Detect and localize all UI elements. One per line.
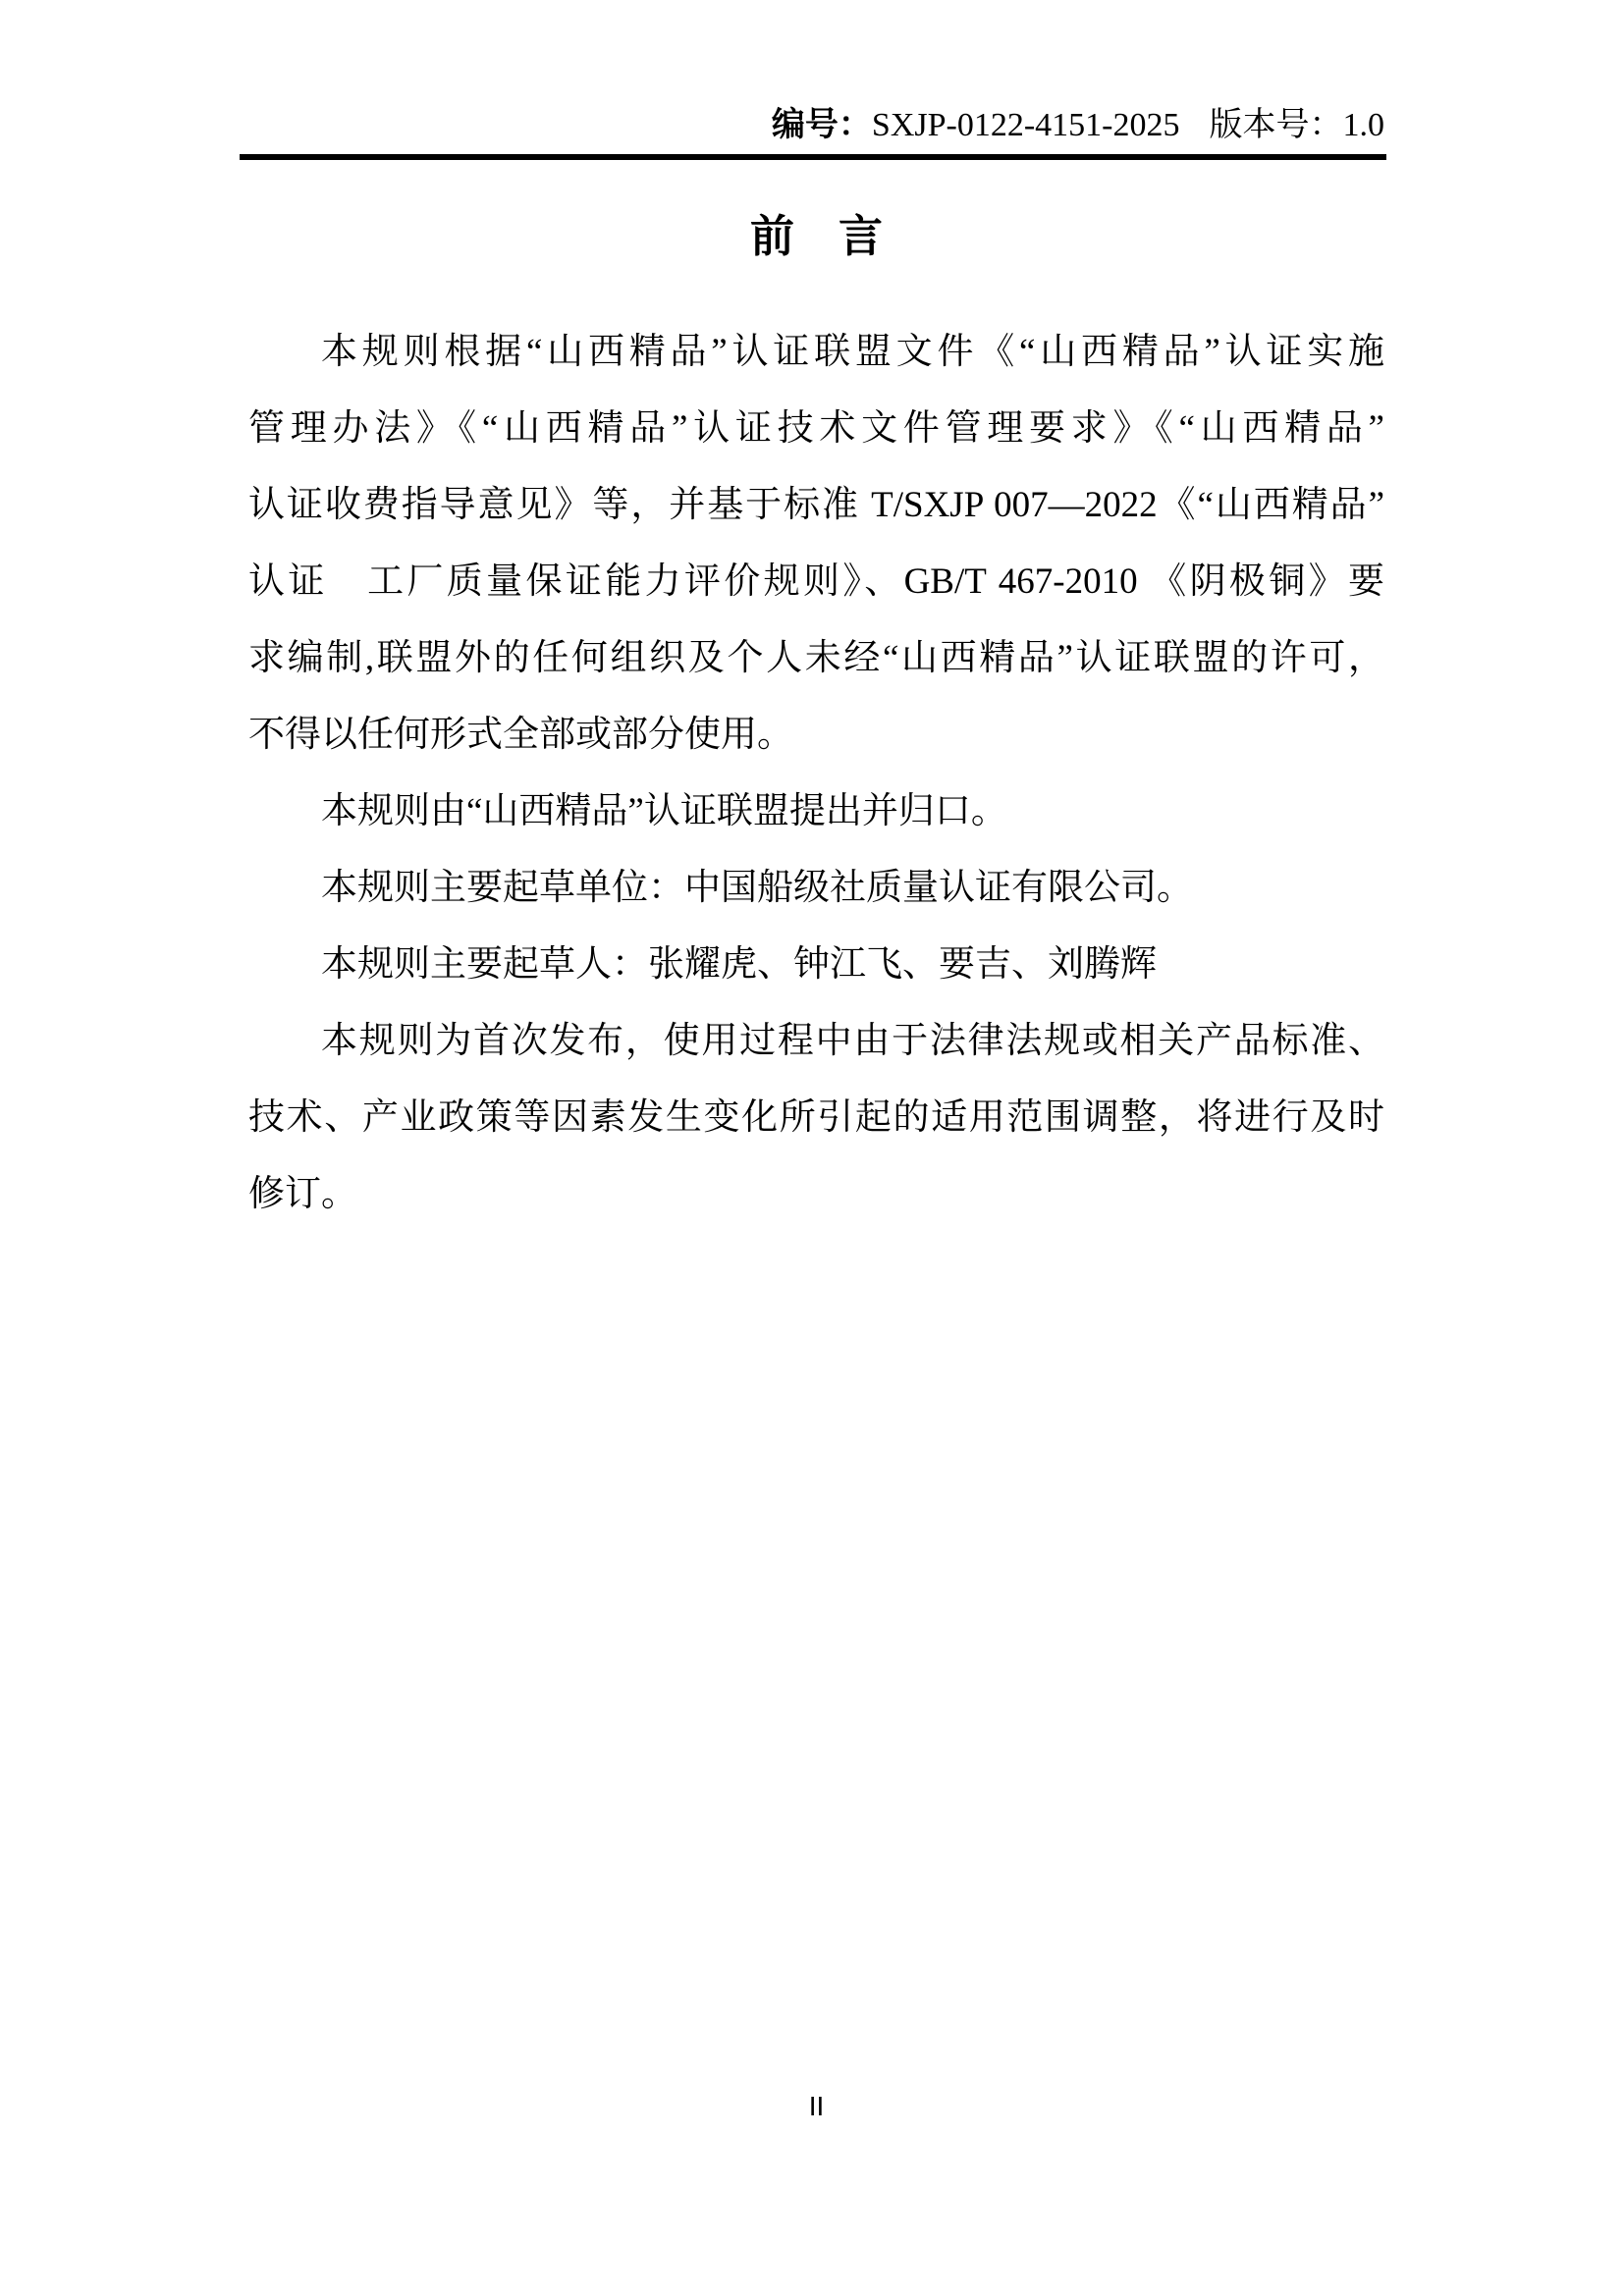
- page-number: II: [248, 2091, 1384, 2122]
- body-line: 技术、产业政策等因素发生变化所引起的适用范围调整，将进行及时: [248, 1080, 1384, 1156]
- document-body: 本规则根据“山西精品”认证联盟文件《“山西精品”认证实施 管理办法》《“山西精品…: [248, 314, 1384, 1233]
- body-line: 本规则主要起草人：张耀虎、钟江飞、要吉、刘腾辉: [248, 927, 1384, 1003]
- version-value: 1.0: [1343, 107, 1385, 143]
- body-line: 认证收费指导意见》等，并基于标准 T/SXJP 007—2022《“山西精品”: [248, 467, 1384, 544]
- document-page: 编号：SXJP-0122-4151-2025版本号：1.0 前 言 本规则根据“…: [0, 0, 1624, 2296]
- body-line: 本规则根据“山西精品”认证联盟文件《“山西精品”认证实施: [248, 314, 1384, 391]
- document-header: 编号：SXJP-0122-4151-2025版本号：1.0: [248, 104, 1384, 147]
- body-line: 管理办法》《“山西精品”认证技术文件管理要求》《“山西精品”: [248, 391, 1384, 467]
- body-line: 修订。: [248, 1156, 1384, 1233]
- body-line: 不得以任何形式全部或部分使用。: [248, 697, 1384, 774]
- body-line: 本规则由“山西精品”认证联盟提出并归口。: [248, 774, 1384, 850]
- doc-number-label: 编号：: [772, 107, 872, 143]
- body-line: 本规则主要起草单位：中国船级社质量认证有限公司。: [248, 850, 1384, 927]
- body-line: 求编制,联盟外的任何组织及个人未经“山西精品”认证联盟的许可，: [248, 620, 1384, 697]
- body-line: 认证 工厂质量保证能力评价规则》、GB/T 467-2010 《阴极铜》要: [248, 544, 1384, 620]
- body-line: 本规则为首次发布，使用过程中由于法律法规或相关产品标准、: [248, 1003, 1384, 1080]
- version-label: 版本号：: [1210, 107, 1343, 143]
- page-title: 前 言: [248, 210, 1384, 263]
- doc-number-value: SXJP-0122-4151-2025: [872, 107, 1180, 143]
- header-rule: [240, 154, 1386, 160]
